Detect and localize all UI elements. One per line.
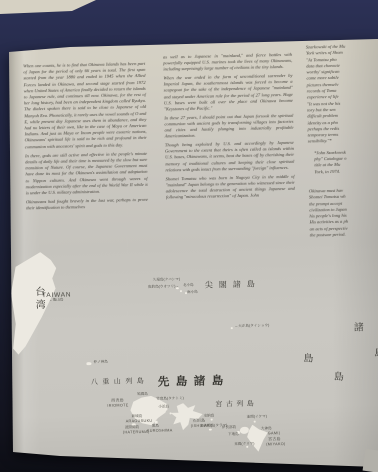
irabu-island-shape bbox=[240, 427, 249, 434]
hatoma-label: 鳩間島 bbox=[137, 392, 148, 397]
minamikojima-label: 南小島 bbox=[187, 290, 198, 295]
senkaku-islands-label: 尖閣諸島 bbox=[205, 279, 261, 291]
essay-column-3: Szarkowski of the Mu York writes of Shom… bbox=[306, 43, 378, 239]
footnote-line: York, in 1974. bbox=[314, 167, 378, 175]
nakanokami-label: 仲ノ神島 bbox=[93, 360, 107, 365]
essay-paragraph: In these 27 years, I should point out th… bbox=[164, 113, 293, 140]
taiwan-kanji-label: 台湾 bbox=[31, 286, 47, 312]
edge-kanji: 諸 bbox=[354, 318, 364, 333]
kitakojima-label: 北小島 bbox=[183, 283, 194, 288]
kurima-label: 来間(クリマ) bbox=[234, 442, 254, 447]
essay-paragraph: When one counts, he is to find that Okin… bbox=[23, 61, 147, 150]
sakishima-map: 台湾 TAIWAN ←亀山島 久場島(クバシマ) 魚釣島(ウオツリ)→ 北小島 … bbox=[0, 0, 373, 4]
essay-line: sensibility."* bbox=[308, 137, 378, 145]
kameyama-label: ←亀山島 bbox=[49, 298, 63, 303]
kohama-label: 小浜島 bbox=[158, 404, 169, 409]
miyako-islands-label: 宮古列島 bbox=[215, 399, 257, 410]
bottom-right-page-edge bbox=[363, 449, 378, 472]
irabu-label: 伊良部島 bbox=[222, 425, 236, 430]
minna-island bbox=[211, 419, 213, 421]
kameyama-island bbox=[45, 300, 47, 302]
edge-kanji: 島 bbox=[334, 368, 344, 383]
page-wrap: When one counts, he is to find that Okin… bbox=[0, 0, 378, 472]
edge-kanji: 島 bbox=[303, 349, 313, 364]
edge-kanji: 島 bbox=[374, 344, 378, 359]
tarama-island bbox=[209, 429, 212, 431]
aragusuku-latin-label: ARAGUSUKU bbox=[126, 419, 153, 424]
yaeyama-islands-label: 八重山列島 bbox=[91, 376, 149, 387]
essay-paragraph: Okinawa must hav Shomei Tomatsu wh the p… bbox=[309, 187, 378, 239]
hateruma-latin-label: (HATERUMA) bbox=[123, 430, 150, 435]
essay-paragraph: Okinawans had fought bravely in the last… bbox=[26, 197, 148, 212]
sakishima-islands-label: 先島諸島 bbox=[158, 372, 230, 390]
kitakojima-island bbox=[180, 290, 182, 292]
miyakojima-latin-label: (MIYAKO) bbox=[266, 442, 286, 446]
minna-label: 水納島 bbox=[204, 414, 215, 419]
essay-column-1: When one counts, he is to find that Okin… bbox=[23, 61, 148, 215]
iriomote-latin-label: IRIOMOTE bbox=[107, 403, 128, 407]
book-page-photo: When one counts, he is to find that Okin… bbox=[0, 0, 378, 472]
essay-column-2: as well as to Japanese in "mainland," an… bbox=[163, 52, 295, 204]
essay-paragraph: Shomei Tomatsu who was born in Nagoya Ci… bbox=[166, 173, 295, 200]
uotsuri-label: 魚釣島(ウオツリ)→ bbox=[148, 284, 179, 290]
book-page: When one counts, he is to find that Okin… bbox=[0, 0, 378, 472]
page-content: When one counts, he is to find that Okin… bbox=[0, 0, 378, 472]
essay-paragraph: When the war ended in the form of uncond… bbox=[163, 73, 293, 112]
taisho-label: ←大正島(タイショウ) bbox=[235, 323, 270, 329]
aragusuku-island bbox=[143, 416, 145, 418]
essay-paragraph: In there, gods are still active and effe… bbox=[25, 151, 148, 197]
essay-footnote: *John Szarkowsk phy" Catalogue o title a… bbox=[314, 148, 378, 175]
essay-line: the postwar period. bbox=[310, 231, 378, 239]
shimoji-label: 下地島 bbox=[228, 432, 239, 437]
essay-paragraph: Though being exploited by U.S. and accor… bbox=[165, 140, 295, 173]
ikema-island bbox=[254, 421, 256, 423]
nakanokami-island bbox=[86, 362, 91, 365]
taisho-island bbox=[231, 327, 233, 329]
kubashima-label: 久場島(クバシマ) bbox=[153, 277, 180, 283]
ikema-label: 池間(イケマ) bbox=[247, 414, 267, 419]
essay-paragraph: as well as to Japanese in "mainland," an… bbox=[163, 52, 292, 73]
uotsuri-island bbox=[176, 287, 179, 289]
kuroshima-latin-label: KUROSHIMA bbox=[147, 428, 173, 433]
taketomi-label: 竹富島(タケトミ) bbox=[156, 396, 184, 402]
